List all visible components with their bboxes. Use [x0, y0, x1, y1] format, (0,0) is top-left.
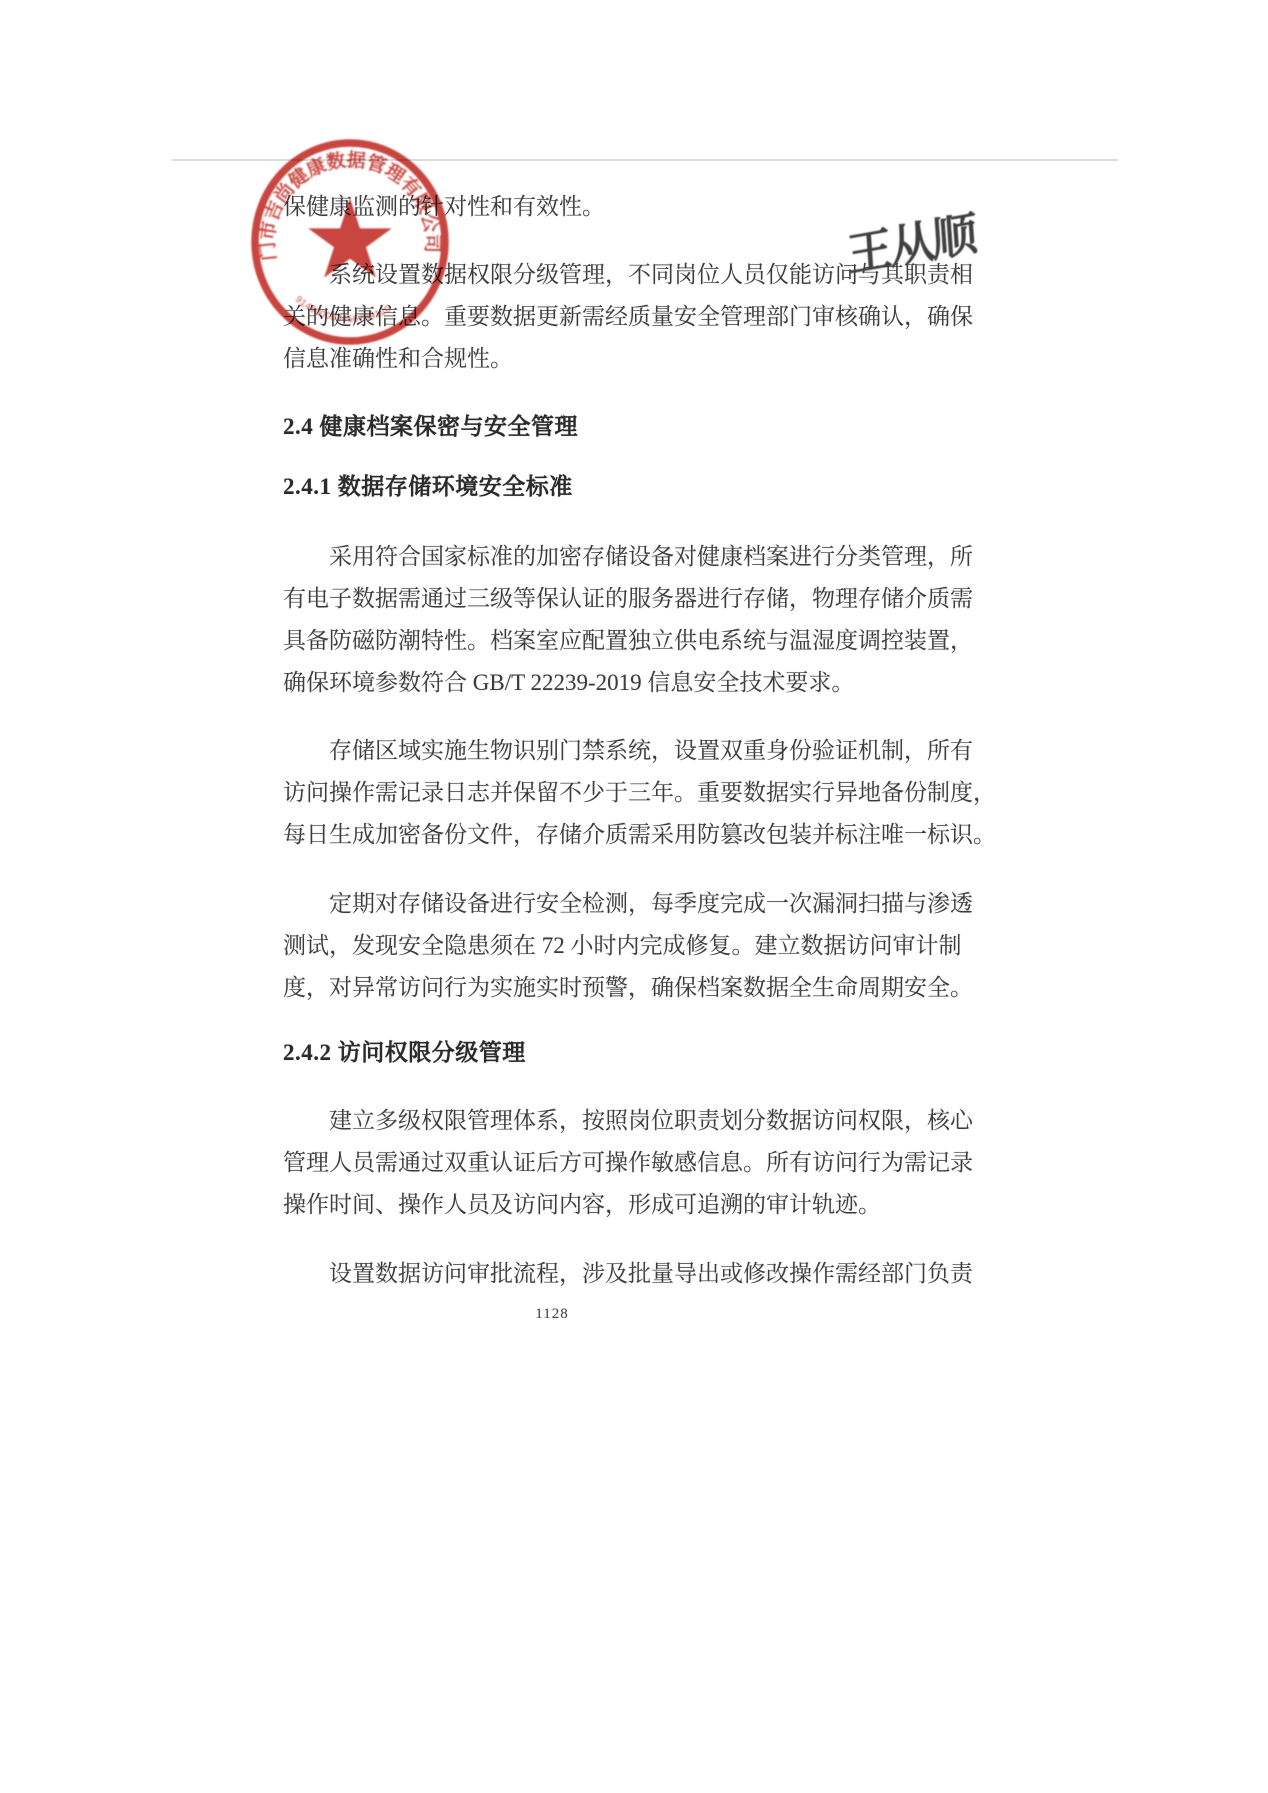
body-line: 管理人员需通过双重认证后方可操作敏感信息。所有访问行为需记录	[283, 1142, 973, 1184]
body-line: 设置数据访问审批流程，涉及批量导出或修改操作需经部门负责	[283, 1253, 973, 1295]
body-line: 存储区域实施生物识别门禁系统，设置双重身份验证机制，所有	[283, 730, 973, 772]
page-number: 1128	[516, 1306, 588, 1323]
paragraph-security-testing: 定期对存储设备进行安全检测，每季度完成一次漏洞扫描与渗透 测试，发现安全隐患须在…	[283, 883, 973, 1009]
page-top-divider	[172, 159, 1118, 161]
paragraph-access-control-storage: 存储区域实施生物识别门禁系统，设置双重身份验证机制，所有 访问操作需记录日志并保…	[283, 730, 973, 856]
body-line: 定期对存储设备进行安全检测，每季度完成一次漏洞扫描与渗透	[283, 883, 973, 925]
body-line: 每日生成加密备份文件，存储介质需采用防篡改包装并标注唯一标识。	[283, 814, 973, 856]
text-column: 保健康监测的针对性和有效性。 系统设置数据权限分级管理，不同岗位人员仅能访问与其…	[283, 168, 973, 1295]
section-heading-2-4-2: 2.4.2 访问权限分级管理	[283, 1032, 973, 1074]
body-line: 关的健康信息。重要数据更新需经质量安全管理部门审核确认，确保	[283, 296, 973, 338]
body-line: 访问操作需记录日志并保留不少于三年。重要数据实行异地备份制度，	[283, 772, 973, 814]
body-line: 采用符合国家标准的加密存储设备对健康档案进行分类管理，所	[283, 536, 973, 578]
body-line: 有电子数据需通过三级等保认证的服务器进行存储，物理存储介质需	[283, 578, 973, 620]
body-continuation-line: 保健康监测的针对性和有效性。	[283, 186, 973, 228]
body-line: 具备防磁防潮特性。档案室应配置独立供电系统与温湿度调控装置，	[283, 620, 973, 662]
body-line: 确保环境参数符合 GB/T 22239-2019 信息安全技术要求。	[283, 662, 973, 704]
paragraph-permission-tiers: 建立多级权限管理体系，按照岗位职责划分数据访问权限，核心 管理人员需通过双重认证…	[283, 1100, 973, 1226]
section-heading-2-4-1: 2.4.1 数据存储环境安全标准	[283, 466, 973, 508]
body-line: 测试，发现安全隐患须在 72 小时内完成修复。建立数据访问审计制	[283, 925, 973, 967]
section-heading-2-4: 2.4 健康档案保密与安全管理	[283, 406, 973, 448]
paragraph-permissions-intro: 系统设置数据权限分级管理，不同岗位人员仅能访问与其职责相 关的健康信息。重要数据…	[283, 254, 973, 380]
body-line: 建立多级权限管理体系，按照岗位职责划分数据访问权限，核心	[283, 1100, 973, 1142]
body-line: 度，对异常访问行为实施实时预警，确保档案数据全生命周期安全。	[283, 967, 973, 1009]
paragraph-storage-standards: 采用符合国家标准的加密存储设备对健康档案进行分类管理，所 有电子数据需通过三级等…	[283, 536, 973, 704]
paragraph-approval-workflow: 设置数据访问审批流程，涉及批量导出或修改操作需经部门负责	[283, 1253, 973, 1295]
body-line: 操作时间、操作人员及访问内容，形成可追溯的审计轨迹。	[283, 1184, 973, 1226]
document-page: 保健康监测的针对性和有效性。 系统设置数据权限分级管理，不同岗位人员仅能访问与其…	[0, 0, 1268, 1793]
body-line: 系统设置数据权限分级管理，不同岗位人员仅能访问与其职责相	[283, 254, 973, 296]
body-line: 信息准确性和合规性。	[283, 338, 973, 380]
